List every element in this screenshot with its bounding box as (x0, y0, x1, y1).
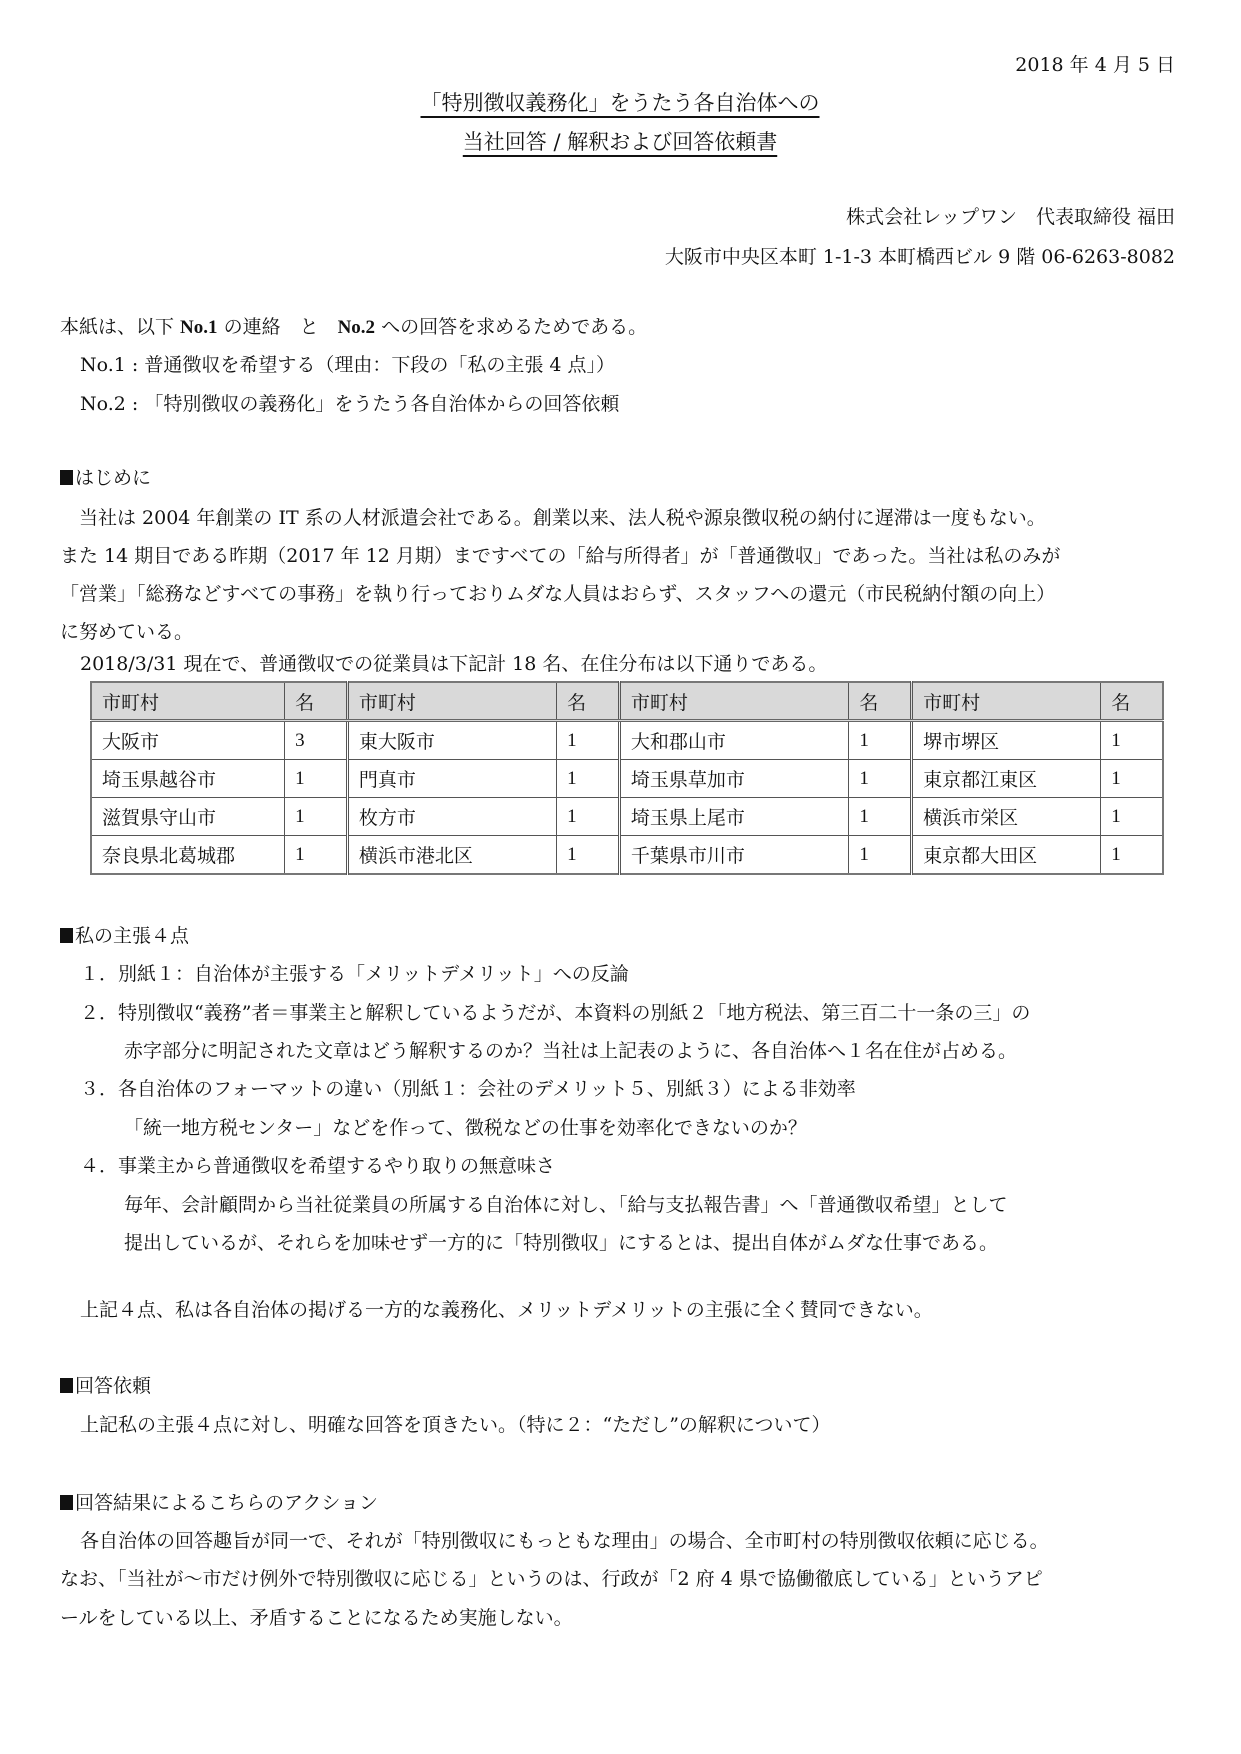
intro-no2: No.2 : 「特別徴収の義務化」をうたう各自治体からの回答依頼 (80, 389, 619, 416)
heading-claims: 私の主張４点 (60, 921, 189, 948)
municipality-cell: 埼玉県上尾市 (619, 798, 849, 836)
municipality-cell: 奈良県北葛城郡 (91, 836, 285, 875)
municipality-cell: 大和郡山市 (619, 721, 849, 760)
municipality-cell: 大阪市 (91, 721, 285, 760)
column-header-municipality: 市町村 (912, 682, 1101, 721)
claim-item-3: ３．各自治体のフォーマットの違い（別紙１：会社のデメリット５、別紙３）による非効… (80, 1074, 856, 1101)
document-title-line2: 当社回答 / 解釈および回答依頼書 (190, 126, 1050, 156)
column-header-count: 名 (849, 682, 912, 721)
municipality-cell: 滋賀県守山市 (91, 798, 285, 836)
count-cell: 1 (557, 721, 620, 760)
square-bullet-icon (60, 928, 73, 943)
square-bullet-icon (60, 470, 73, 485)
action-paragraph-2: なお、「当社が～市だけ例外で特別徴収に応じる」というのは、行政が「2 府 4 県… (60, 1564, 1043, 1591)
table-header-row: 市町村 名 市町村 名 市町村 名 市町村 名 (91, 682, 1163, 721)
count-cell: 1 (849, 836, 912, 875)
table-row: 埼玉県越谷市 1 門真市 1 埼玉県草加市 1 東京都江東区 1 (91, 760, 1163, 798)
claim-item-4-cont: 提出しているが、それらを加味せず一方的に「特別徴収」にするとは、提出自体がムダな… (124, 1228, 998, 1255)
intro-lead-text: の連絡 と (218, 316, 338, 338)
claim-item-1: １．別紙１：自治体が主張する「メリットデメリット」への反論 (80, 959, 629, 986)
hajimeni-paragraph-5: 2018/3/31 現在で、普通徴収での従業員は下記計 18 名、在住分布は以下… (80, 649, 827, 676)
claim-item-2: ２．特別徴収“義務”者＝事業主と解釈しているようだが、本資料の別紙２「地方税法、… (80, 998, 1030, 1025)
claim-item-2-cont: 赤字部分に明記された文章はどう解釈するのか？当社は上記表のように、各自治体へ１名… (124, 1036, 1017, 1063)
municipality-cell: 東大阪市 (347, 721, 556, 760)
count-cell: 1 (849, 721, 912, 760)
count-cell: 1 (1101, 836, 1163, 875)
municipality-cell: 枚方市 (347, 798, 556, 836)
sender-address: 大阪市中央区本町 1-1-3 本町橋西ビル 9 階 06-6263-8082 (665, 242, 1175, 269)
sender-company: 株式会社レップワン 代表取締役 福田 (846, 202, 1175, 229)
column-header-municipality: 市町村 (347, 682, 556, 721)
table-row: 奈良県北葛城郡 1 横浜市港北区 1 千葉県市川市 1 東京都大田区 1 (91, 836, 1163, 875)
municipality-cell: 横浜市栄区 (912, 798, 1101, 836)
count-cell: 1 (557, 836, 620, 875)
document-title-line1: 「特別徴収義務化」をうたう各自治体への (190, 87, 1050, 117)
count-cell: 1 (1101, 760, 1163, 798)
municipality-cell: 東京都江東区 (912, 760, 1101, 798)
column-header-count: 名 (557, 682, 620, 721)
square-bullet-icon (60, 1378, 73, 1393)
municipality-cell: 東京都大田区 (912, 836, 1101, 875)
municipality-cell: 横浜市港北区 (347, 836, 556, 875)
count-cell: 1 (557, 760, 620, 798)
count-cell: 1 (285, 760, 348, 798)
request-body: 上記私の主張４点に対し、明確な回答を頂きたい。（特に２：“ただし”の解釈について… (80, 1410, 831, 1437)
column-header-count: 名 (285, 682, 348, 721)
intro-no1-ref: No.1 (180, 317, 217, 338)
hajimeni-paragraph-3: 「営業」「総務などすべての事務」を執り行っておりムダな人員はおらず、スタッフへの… (60, 579, 1055, 606)
count-cell: 1 (1101, 798, 1163, 836)
claim-item-4-cont: 毎年、会計顧問から当社従業員の所属する自治体に対し、「給与支払報告書」へ「普通徴… (124, 1190, 1008, 1217)
hajimeni-paragraph-4: に努めている。 (60, 617, 193, 644)
intro-lead: 本紙は、以下 No.1 の連絡 と No.2 への回答を求めるためである。 (60, 312, 647, 339)
heading-hajimeni: はじめに (60, 463, 151, 490)
municipality-cell: 門真市 (347, 760, 556, 798)
heading-request: 回答依頼 (60, 1371, 151, 1398)
claim-item-3-cont: 「統一地方税センター」などを作って、徴税などの仕事を効率化できないのか？ (124, 1113, 807, 1140)
action-paragraph-3: ールをしている以上、矛盾することになるため実施しない。 (60, 1603, 573, 1630)
count-cell: 1 (849, 798, 912, 836)
column-header-municipality: 市町村 (91, 682, 285, 721)
intro-lead-text: 本紙は、以下 (60, 316, 180, 338)
hajimeni-paragraph-2: また 14 期目である昨期（2017 年 12 月期）まですべての「給与所得者」… (60, 541, 1060, 568)
table-row: 大阪市 3 東大阪市 1 大和郡山市 1 堺市堺区 1 (91, 721, 1163, 760)
column-header-count: 名 (1101, 682, 1163, 721)
residence-distribution-table: 市町村 名 市町村 名 市町村 名 市町村 名 大阪市 3 東大阪市 1 大和郡… (90, 681, 1164, 875)
action-paragraph-1: 各自治体の回答趣旨が同一で、それが「特別徴収にもっともな理由」の場合、全市町村の… (80, 1526, 1049, 1553)
document-date: 2018 年 4 月 5 日 (1015, 50, 1175, 77)
count-cell: 1 (285, 836, 348, 875)
intro-no1: No.1 : 普通徴収を希望する（理由：下段の「私の主張 4 点」） (80, 350, 615, 377)
hajimeni-paragraph-1: 当社は 2004 年創業の IT 系の人材派遣会社である。創業以来、法人税や源泉… (60, 503, 1046, 530)
square-bullet-icon (60, 1495, 73, 1510)
count-cell: 1 (285, 798, 348, 836)
intro-no2-ref: No.2 (338, 317, 375, 338)
municipality-cell: 埼玉県草加市 (619, 760, 849, 798)
municipality-cell: 千葉県市川市 (619, 836, 849, 875)
count-cell: 3 (285, 721, 348, 760)
heading-action: 回答結果によるこちらのアクション (60, 1488, 378, 1515)
intro-lead-text: への回答を求めるためである。 (375, 316, 647, 338)
count-cell: 1 (1101, 721, 1163, 760)
table-row: 滋賀県守山市 1 枚方市 1 埼玉県上尾市 1 横浜市栄区 1 (91, 798, 1163, 836)
count-cell: 1 (849, 760, 912, 798)
column-header-municipality: 市町村 (619, 682, 849, 721)
municipality-cell: 堺市堺区 (912, 721, 1101, 760)
count-cell: 1 (557, 798, 620, 836)
claim-item-4: ４．事業主から普通徴収を希望するやり取りの無意味さ (80, 1151, 555, 1178)
municipality-cell: 埼玉県越谷市 (91, 760, 285, 798)
claims-summary: 上記４点、私は各自治体の掲げる一方的な義務化、メリットデメリットの主張に全く賛同… (80, 1295, 933, 1322)
